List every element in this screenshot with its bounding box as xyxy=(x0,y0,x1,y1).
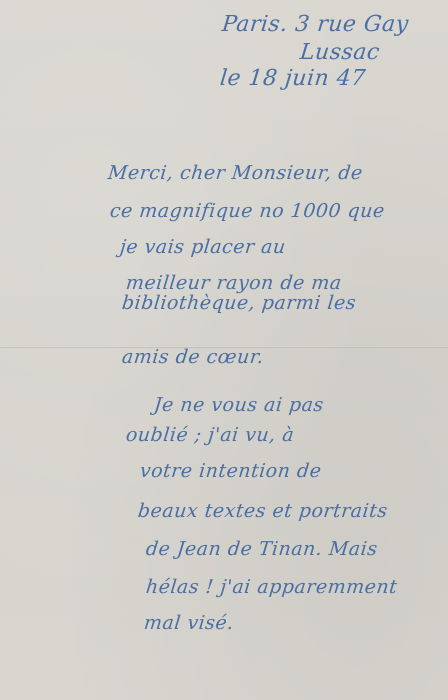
body-line-5: bibliothèque, parmi les xyxy=(121,292,357,314)
body-line-3: je vais placer au xyxy=(119,236,287,258)
address-line-2: Lussac xyxy=(299,40,381,65)
body-line-11: de Jean de Tinan. Mais xyxy=(145,538,379,560)
address-line-1: Paris. 3 rue Gay xyxy=(221,12,410,37)
body-line-10: beaux textes et portraits xyxy=(137,500,389,522)
body-line-6: amis de cœur. xyxy=(121,346,265,368)
letter-page: Paris. 3 rue Gay Lussac le 18 juin 47 Me… xyxy=(0,0,448,700)
body-line-8: oublié ; j'ai vu, à xyxy=(125,424,295,446)
body-line-1: Merci, cher Monsieur, de xyxy=(107,162,364,184)
body-line-7: Je ne vous ai pas xyxy=(153,394,325,416)
body-line-13: mal visé. xyxy=(143,612,235,634)
body-line-12: hélas ! j'ai apparemment xyxy=(145,576,399,598)
body-line-4: meilleur rayon de ma xyxy=(125,272,343,294)
body-line-9: votre intention de xyxy=(139,460,323,482)
date-line: le 18 juin 47 xyxy=(219,66,367,91)
body-line-2: ce magnifique no 1000 que xyxy=(109,200,386,222)
